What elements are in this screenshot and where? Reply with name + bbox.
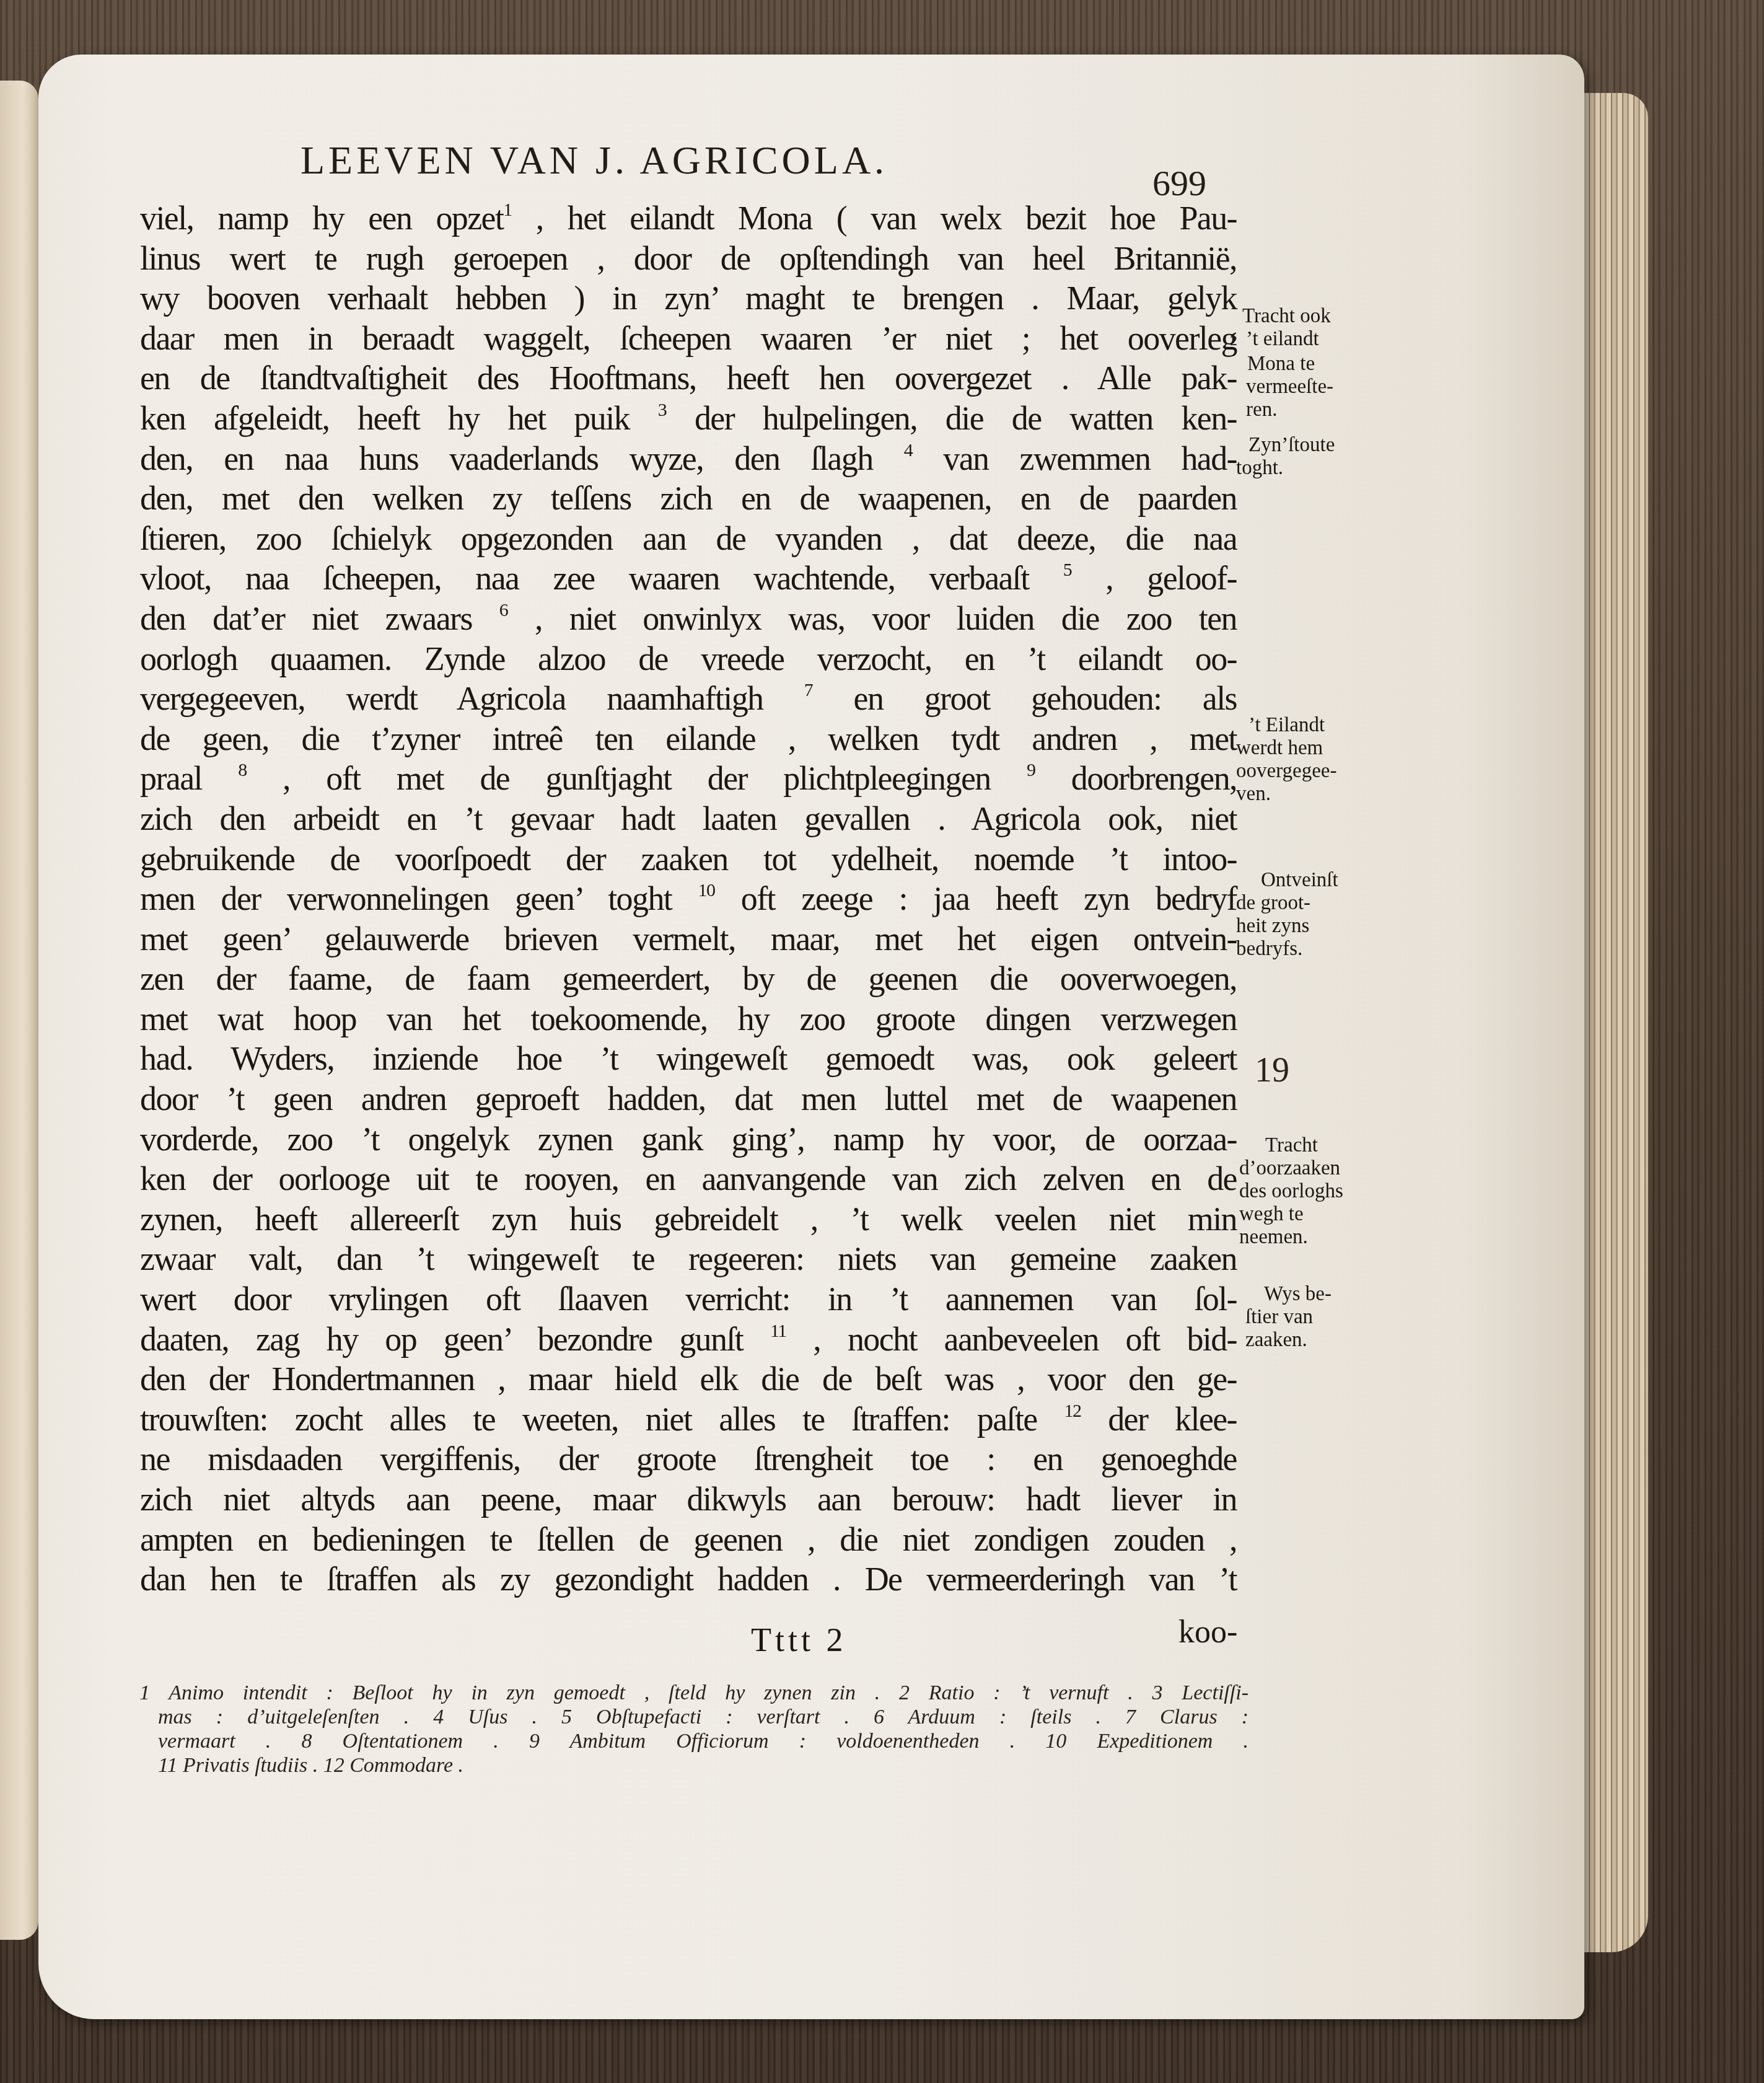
text-line: vorderde, zoo ’t ongelyk zynen gank ging… (140, 1119, 1237, 1160)
text-line: den, en naa huns vaaderlands wyze, den ſ… (140, 439, 1237, 479)
text-line: ſtieren, zoo ſchielyk opgezonden aan de … (140, 519, 1237, 559)
footnote-reference: 4 (904, 440, 912, 460)
footnote-reference: 12 (1064, 1401, 1081, 1421)
text-line: daar men in beraadt waggelt, ſcheepen wa… (140, 319, 1237, 359)
margin-note-2: Zyn’ſtoute toght. (1236, 434, 1335, 480)
text-line: dan hen te ſtraffen als zy gezondight ha… (140, 1559, 1237, 1600)
facing-page-edge (0, 81, 38, 1940)
text-line: en de ſtandtvaſtigheit des Hooftmans, he… (140, 358, 1237, 399)
footnote-reference: 6 (499, 600, 507, 620)
text-line: oorlogh quaamen. Zynde alzoo de vreede v… (140, 639, 1237, 679)
text-line: daaten, zag hy op geen’ bezondre gunſt 1… (140, 1319, 1237, 1360)
text-line: den, met den welken zy teſſens zich en d… (140, 478, 1237, 519)
margin-note-6: Wys be- ſtier van zaaken. (1245, 1283, 1332, 1352)
margin-note-5: Tracht d’oorzaaken des oorloghs wegh te … (1239, 1134, 1343, 1249)
footnote-reference: 7 (804, 680, 812, 700)
footnote-reference: 5 (1063, 560, 1071, 580)
footnote-marker: 2 (1230, 333, 1237, 349)
section-number: 19 (1255, 1050, 1289, 1090)
text-line: zich niet altyds aan peene, maar dikwyls… (140, 1479, 1237, 1520)
margin-note-3: ’t Eilandt werdt hem oovergegee- ven. (1236, 714, 1336, 806)
text-line: den dat’er niet zwaars 6 , niet onwinlyx… (140, 599, 1237, 639)
text-line: zwaar valt, dan ’t wingeweſt te regeeren… (140, 1239, 1237, 1279)
text-line: ken der oorlooge uit te rooyen, en aanva… (140, 1159, 1237, 1199)
text-line: men der verwonnelingen geen’ toght 10 of… (140, 879, 1237, 919)
text-line: zynen, heeft allereerſt zyn huis gebreid… (140, 1199, 1237, 1240)
footnotes: 1 Animo intendit : Beſloot hy in zyn gem… (139, 1681, 1248, 1777)
text-line: wert door vrylingen oft ſlaaven verricht… (140, 1279, 1237, 1319)
text-line: zich den arbeidt en ’t gevaar hadt laate… (140, 799, 1237, 839)
body-text: viel, namp hy een opzet1 , het eilandt M… (140, 198, 1237, 1600)
text-line: door ’t geen andren geproeft hadden, dat… (140, 1079, 1237, 1119)
footnote-reference: 1 (503, 200, 511, 220)
running-head: LEEVEN VAN J. AGRICOLA. (301, 138, 888, 183)
text-line: praal 8 , oft met de gunſtjaght der plic… (140, 759, 1237, 799)
text-line: ampten en bedieningen te ſtellen de geen… (140, 1520, 1237, 1560)
page-number: 699 (1152, 162, 1206, 204)
text-line: zen der faame, de faam gemeerdert, by de… (140, 959, 1237, 999)
footnote-line: 11 Privatis ſtudiis . 12 Commodare . (139, 1753, 1248, 1777)
text-line: met geen’ gelauwerde brieven vermelt, ma… (140, 919, 1237, 959)
signature-mark: Tttt 2 (751, 1621, 847, 1659)
text-line: de geen, die t’zyner intreê ten eilande … (140, 719, 1237, 759)
text-line: had. Wyders, inziende hoe ’t wingeweſt g… (140, 1039, 1237, 1079)
text-line: trouwſten: zocht alles te weeten, niet a… (140, 1399, 1237, 1440)
text-line: gebruikende de voorſpoedt der zaaken tot… (140, 839, 1237, 879)
text-line: ken afgeleidt, heeft hy het puik 3 der h… (140, 399, 1237, 439)
margin-note-1: Tracht ook 2’t eilandt Mona te vermeeſte… (1230, 305, 1333, 421)
footnote-line: mas : d’uitgeleſenſten . 4 Uſus . 5 Obſt… (139, 1705, 1248, 1729)
margin-note-4: Ontveinſt de groot- heit zyns bedryfs. (1236, 869, 1338, 961)
footnote-reference: 10 (698, 880, 715, 901)
footnote-reference: 3 (658, 400, 666, 420)
footnote-reference: 9 (1027, 760, 1035, 780)
footnote-line: 1 Animo intendit : Beſloot hy in zyn gem… (139, 1681, 1248, 1705)
text-line: vergegeeven, werdt Agricola naamhaftigh … (140, 679, 1237, 719)
text-line: den der Hondertmannen , maar hield elk d… (140, 1359, 1237, 1399)
footnote-line: vermaart . 8 Oſtentationem . 9 Ambitum O… (139, 1729, 1248, 1753)
text-line: viel, namp hy een opzet1 , het eilandt M… (140, 198, 1237, 239)
text-line: wy booven verhaalt hebben ) in zyn’ magh… (140, 278, 1237, 319)
catchword: koo- (1178, 1614, 1237, 1650)
text-line: vloot, naa ſcheepen, naa zee waaren wach… (140, 558, 1237, 599)
text-line: linus wert te rugh geroepen , door de op… (140, 239, 1237, 279)
text-line: ne misdaaden vergiffenis, der groote ſtr… (140, 1439, 1237, 1479)
footnote-reference: 11 (770, 1321, 786, 1341)
text-line: met wat hoop van het toekoomende, hy zoo… (140, 999, 1237, 1039)
footnote-reference: 8 (238, 760, 246, 780)
